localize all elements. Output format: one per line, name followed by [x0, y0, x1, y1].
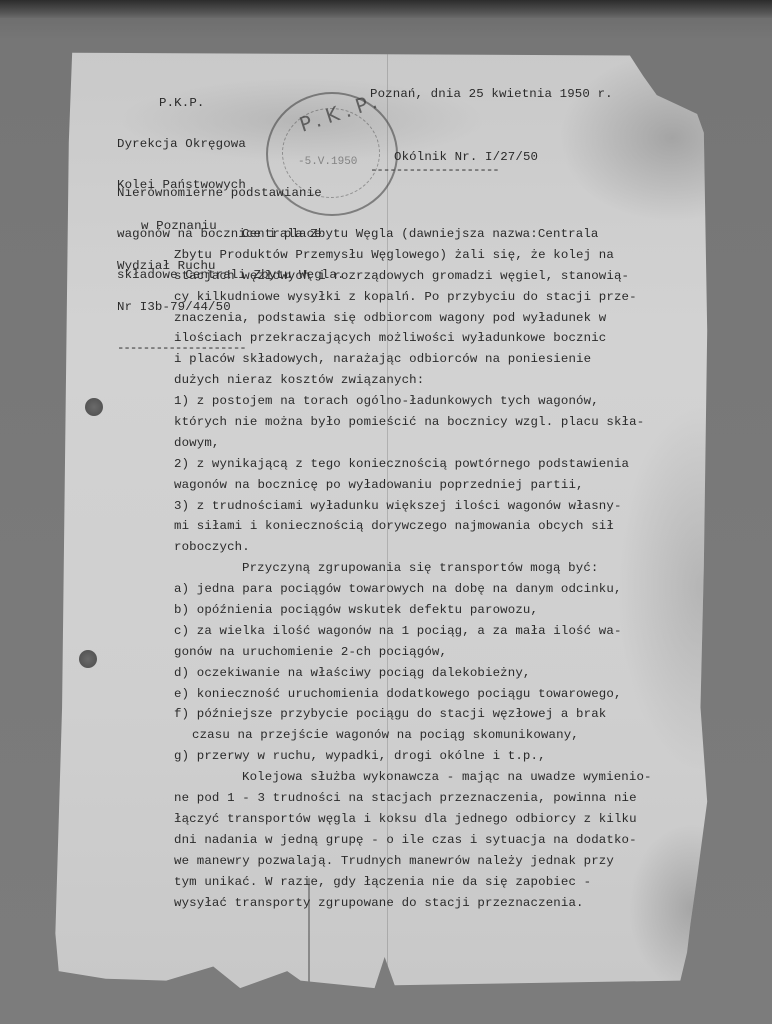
body-line: Zbytu Produktów Przemysłu Węglowego) żal… [174, 245, 652, 266]
body-line: ne pod 1 - 3 trudności na stacjach przez… [174, 788, 652, 809]
body-line: których nie można było pomieścić na bocz… [174, 412, 652, 433]
body-line: łączyć transportów węgla i koksu dla jed… [174, 809, 652, 830]
body-line: tym unikać. W razie, gdy łączenia nie da… [174, 872, 652, 893]
scanner-edge [0, 0, 772, 18]
body-line: d) oczekiwanie na właściwy pociąg daleko… [174, 663, 652, 684]
body-line: ilościach przekraczających możliwości wy… [174, 328, 652, 349]
body-line: Kolejowa służba wykonawcza - mając na uw… [174, 767, 652, 788]
body-line: 1) z postojem na torach ogólno-ładunkowy… [174, 391, 652, 412]
place-and-date: Poznań, dnia 25 kwietnia 1950 r. [370, 84, 613, 105]
body-line: dni nadania w jedną grupę - o ile czas i… [174, 830, 652, 851]
body-line: c) za wielka ilość wagonów na 1 pociąg, … [174, 621, 652, 642]
body-line: Centrala Zbytu Węgla (dawniejsza nazwa:C… [174, 224, 652, 245]
punch-hole [79, 650, 97, 668]
body-line: cy kilkudniowe wysyłki z kopalń. Po przy… [174, 287, 652, 308]
circular-separator: -------------------- [370, 160, 499, 181]
body-line: 3) z trudnościami wyładunku większej ilo… [174, 496, 652, 517]
body-line: wysyłać transporty zgrupowane do stacji … [174, 893, 652, 914]
document-page: P.K.P. -5.V.1950 P.K.P. Dyrekcja Okręgow… [52, 48, 724, 990]
body-line: 2) z wynikającą z tego koniecznością pow… [174, 454, 652, 475]
org-name-line: Dyrekcja Okręgowa [117, 138, 246, 152]
body-text: Centrala Zbytu Węgla (dawniejsza nazwa:C… [174, 224, 652, 913]
body-line: g) przerwy w ruchu, wypadki, drogi okóln… [174, 746, 652, 767]
punch-hole [85, 398, 103, 416]
body-line: e) konieczność uruchomienia dodatkowego … [174, 684, 652, 705]
body-line: stacjach węzłowych i rozrządowych gromad… [174, 266, 652, 287]
body-line: mi siłami i koniecznością dorywczego naj… [174, 516, 652, 537]
body-line: dużych nieraz kosztów związanych: [174, 370, 652, 391]
body-line: czasu na przejście wagonów na pociąg sko… [174, 725, 652, 746]
body-line: b) opóźnienia pociągów wskutek defektu p… [174, 600, 652, 621]
body-line: a) jedna para pociągów towarowych na dob… [174, 579, 652, 600]
body-line: f) późniejsze przybycie pociągu do stacj… [174, 704, 652, 725]
body-line: we manewry pozwalają. Trudnych manewrów … [174, 851, 652, 872]
body-line: dowym, [174, 433, 652, 454]
body-line: i placów składowych, narażając odbiorców… [174, 349, 652, 370]
subject-line: Nierównomierne podstawianie [117, 187, 345, 201]
body-line: wagonów na bocznicę po wyładowaniu poprz… [174, 475, 652, 496]
org-abbreviation: P.K.P. [117, 97, 246, 111]
body-line: roboczych. [174, 537, 652, 558]
body-line: Przyczyną zgrupowania się transportów mo… [174, 558, 652, 579]
body-line: gonów na uruchomienie 2-ch pociągów, [174, 642, 652, 663]
body-line: znaczenia, podstawia się odbiorcom wagon… [174, 308, 652, 329]
